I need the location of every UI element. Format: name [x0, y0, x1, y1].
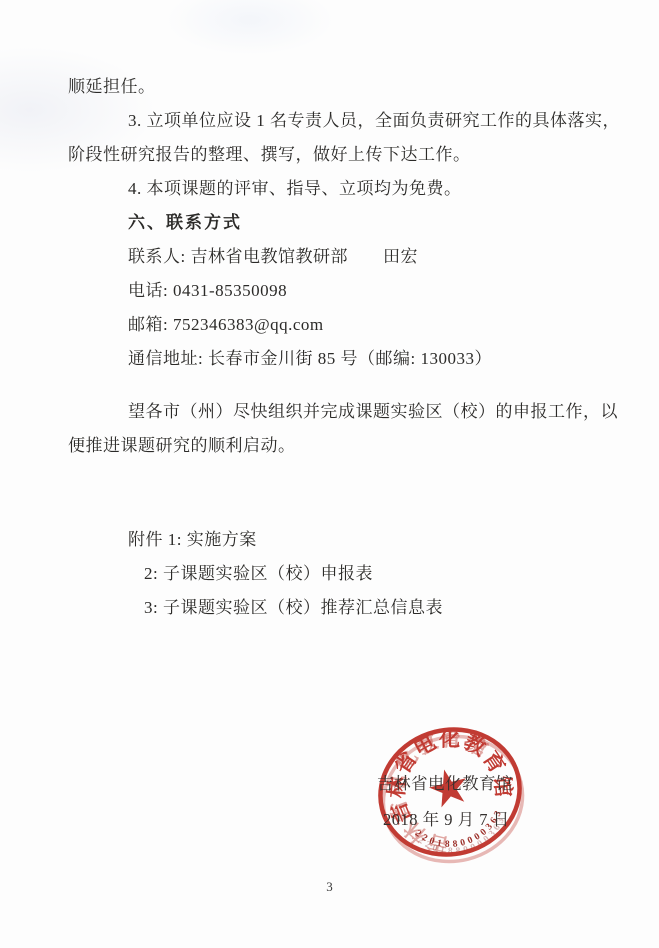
- attachment-1-line: 附件 1: 实施方案: [68, 523, 594, 557]
- closing-paragraph-line-1: 望各市（州）尽快组织并完成课题实验区（校）的申报工作，以: [68, 395, 594, 429]
- document-page: 顺延担任。 3. 立项单位应设 1 名专责人员，全面负责研究工作的具体落实， 阶…: [0, 0, 659, 948]
- signature-date: 2018 年 9 月 7 日: [383, 806, 510, 830]
- signature-org: 吉林省电化教育馆: [377, 770, 513, 794]
- document-body: 顺延担任。 3. 立项单位应设 1 名专责人员，全面负责研究工作的具体落实， 阶…: [68, 70, 594, 625]
- address-line: 通信地址: 长春市金川街 85 号（邮编: 130033）: [68, 342, 594, 376]
- closing-paragraph-line-2: 便推进课题研究的顺利启动。: [68, 429, 594, 463]
- email-line: 邮箱: 752346383@qq.com: [68, 308, 594, 342]
- item-3-line: 3. 立项单位应设 1 名专责人员，全面负责研究工作的具体落实，: [68, 104, 594, 138]
- paragraph-continuation: 顺延担任。: [68, 70, 594, 104]
- item-3-continuation: 阶段性研究报告的整理、撰写，做好上传下达工作。: [68, 138, 594, 172]
- page-number: 3: [0, 879, 659, 895]
- contact-person-line: 联系人: 吉林省电教馆教研部 田宏: [68, 240, 594, 274]
- item-4-line: 4. 本项课题的评审、指导、立项均为免费。: [68, 172, 594, 206]
- phone-line: 电话: 0431-85350098: [68, 274, 594, 308]
- attachment-3-line: 3: 子课题实验区（校）推荐汇总信息表: [68, 591, 594, 625]
- attachment-2-line: 2: 子课题实验区（校）申报表: [68, 557, 594, 591]
- section-6-heading: 六、联系方式: [68, 206, 594, 240]
